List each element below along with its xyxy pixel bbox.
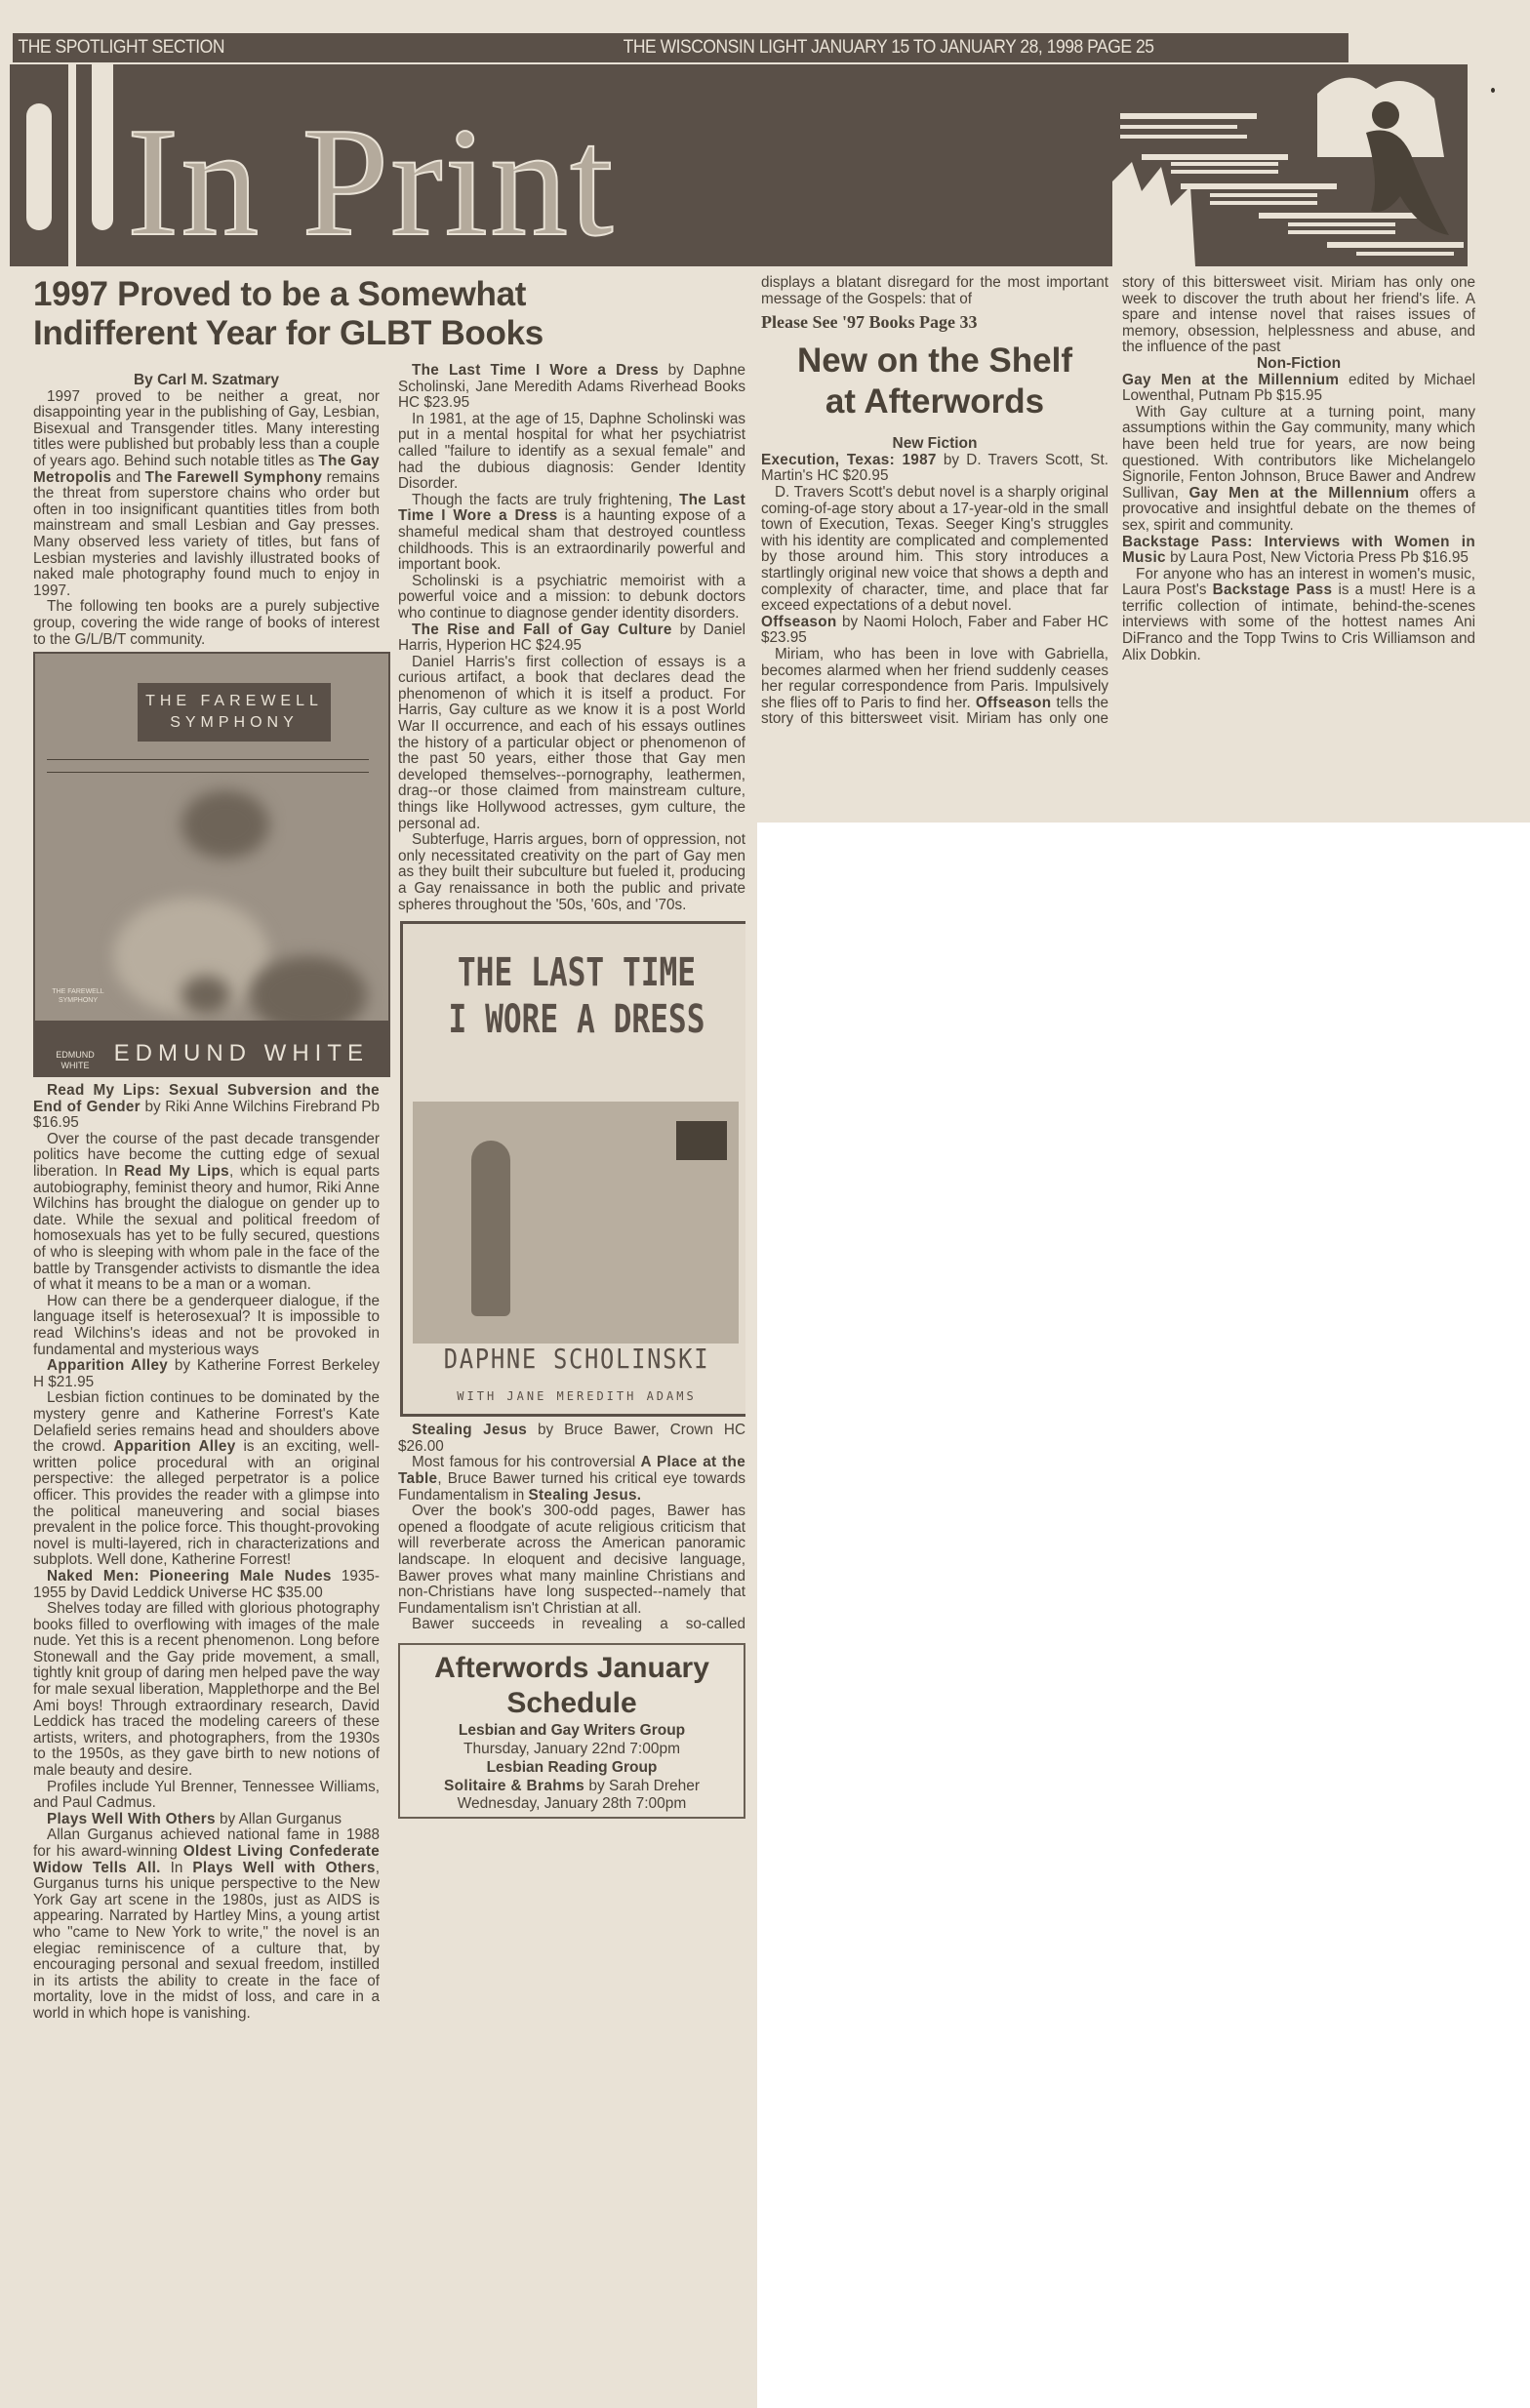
afterwords-schedule-box: Afterwords January Schedule Lesbian and … (398, 1643, 745, 1819)
farewell-symphony-cover-image: THE FAREWELL SYMPHONY THE FAREWELL SYMPH… (33, 652, 390, 1077)
section-name: THE SPOTLIGHT SECTION (13, 33, 224, 62)
review-title: The Last Time I Wore a Dress by Daphne S… (398, 363, 745, 412)
review-title: Stealing Jesus by Bruce Bawer, Crown HC … (398, 1423, 745, 1455)
cover-author: DAPHNE SCHOLINSKI (429, 1351, 725, 1368)
intro-paragraph: 1997 proved to be neither a great, nor d… (33, 389, 380, 600)
last-time-i-wore-a-dress-cover-image: THE LAST TIME I WORE A DRESS DAPHNE SCHO… (400, 921, 745, 1417)
column-1: 1997 Proved to be a Somewhat Indifferent… (33, 275, 380, 2023)
out-logo: OUT (10, 64, 134, 266)
print-speck (1491, 88, 1495, 93)
intro-paragraph-2: The following ten books are a purely sub… (33, 599, 380, 648)
in-print-title: In Print (127, 103, 615, 260)
review-title: The Rise and Fall of Gay Culture by Dani… (398, 622, 745, 655)
publication-line: THE WISCONSIN LIGHT JANUARY 15 TO JANUAR… (624, 33, 1154, 62)
out-letter-u (76, 64, 129, 266)
cover-title: THE FAREWELL SYMPHONY (138, 683, 331, 742)
review-title: Naked Men: Pioneering Male Nudes 1935-19… (33, 1569, 380, 1601)
review-title: Apparition Alley by Katherine Forrest Be… (33, 1358, 380, 1390)
schedule-title: Afterwords January Schedule (404, 1651, 740, 1721)
books-illustration-icon (1112, 64, 1468, 266)
section-headline: New on the Shelf at Afterwords (761, 341, 1108, 422)
music-staff-icon (47, 759, 369, 773)
byline: By Carl M. Szatmary (33, 373, 380, 389)
out-in-print-banner: OUT In Print (10, 64, 1468, 266)
article-headline: 1997 Proved to be a Somewhat Indifferent… (33, 275, 619, 353)
cover-author: EDMUND WHITE (114, 1046, 369, 1063)
column-4: story of this bittersweet visit. Miriam … (1122, 275, 1475, 663)
masthead-bar: THE SPOTLIGHT SECTION THE WISCONSIN LIGH… (13, 33, 1349, 62)
column-2: The Last Time I Wore a Dress by Daphne S… (398, 363, 745, 2392)
column-3: Bawer succeeds in revealing a so-called … (761, 275, 1108, 728)
continued-jump-link[interactable]: Please See '97 Books Page 33 (761, 311, 1108, 333)
out-letter-o (10, 64, 68, 266)
review-title: Plays Well With Others by Allan Gurganus (33, 1812, 380, 1828)
review-title: Read My Lips: Sexual Subversion and the … (33, 1083, 380, 1132)
in-print-panel: In Print (127, 64, 1112, 266)
figure-silhouette-icon (471, 1141, 510, 1316)
cover-title: THE LAST TIME I WORE A DRESS (441, 949, 712, 1043)
